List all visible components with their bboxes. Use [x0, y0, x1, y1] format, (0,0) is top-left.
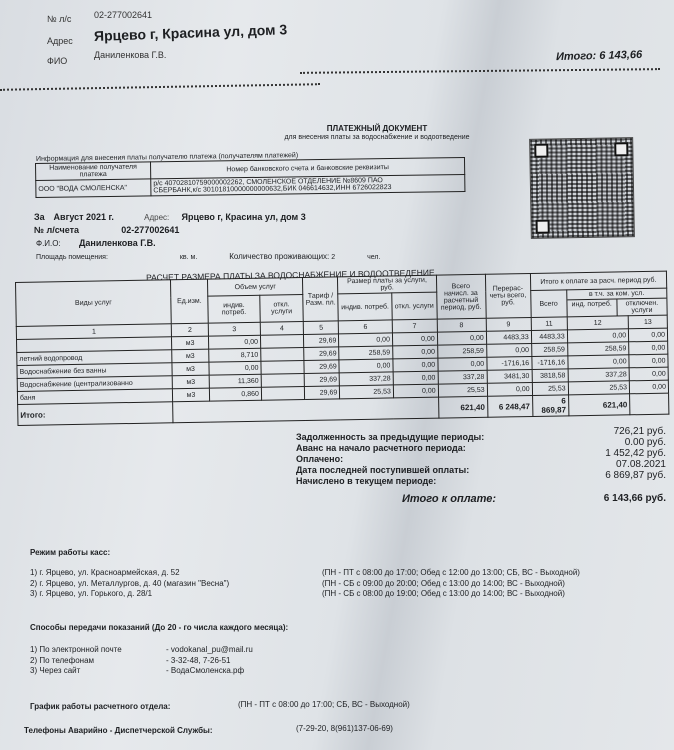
cashdesk-address: 2) г. Ярцево, ул. Металлургов, д. 40 (ма… — [30, 579, 229, 590]
cell-accrued: 258,59 — [437, 344, 486, 358]
cell-off: 0,00 — [629, 354, 668, 368]
cashdesks-heading: Режим работы касс: — [30, 548, 110, 557]
readings-heading: Способы передачи показаний (До 20 - го ч… — [30, 623, 288, 632]
cell-fee-ind: 0,00 — [339, 333, 393, 347]
payer-address-value: Ярцево г, Красина ул, дом 3 — [182, 212, 306, 222]
reading-contact: - vodokanal_pu@mail.ru — [166, 645, 253, 656]
col-service: Виды услуг — [16, 280, 172, 327]
residents-label: Количество проживающих: — [229, 252, 329, 261]
stub-name-value: Даниленкова Г.В. — [94, 50, 166, 60]
cell-vol-off — [261, 347, 305, 361]
cell-ind: 0,00 — [568, 355, 630, 369]
summary-value: 726,21 руб. — [614, 426, 666, 437]
cell-recalc: 4483,33 — [486, 331, 531, 345]
stub-name-label: ФИО — [47, 56, 67, 66]
cell-recalc: 3481,30 — [487, 369, 532, 383]
cell-unit: м3 — [171, 336, 208, 350]
summary-row: Начислено в текущем периоде:6 869,87 руб… — [296, 476, 666, 487]
cell-ind: 0,00 — [567, 329, 629, 343]
account-label: № л/счета — [34, 225, 79, 235]
cell-tariff: 29,69 — [304, 334, 339, 348]
cell-vol-ind: 0,860 — [209, 387, 261, 401]
cashdesk-hours: (ПН - СБ с 09:00 до 20:00; Обед с 13:00 … — [322, 579, 580, 590]
reading-method: 1) По электронной почте — [30, 645, 122, 656]
summary-label: Аванс на начало расчетного периода: — [296, 443, 466, 454]
cell-fee-off: 0,00 — [392, 332, 437, 346]
reading-method: 3) Через сайт — [30, 666, 122, 677]
receipt-stub: № л/с 02-277002641 Адрес Ярцево г, Краси… — [0, 0, 674, 100]
summary-row: Задолженность за предыдущие периоды:726,… — [296, 432, 666, 443]
cell-accrued: 337,28 — [438, 370, 487, 384]
column-number: 7 — [392, 319, 437, 333]
document-title: ПЛАТЕЖНЫЙ ДОКУМЕНТ — [40, 124, 674, 133]
cell-vol-ind: 8,710 — [209, 348, 261, 362]
cell-off: 0,00 — [629, 380, 668, 394]
emergency-label: Телефоны Аварийно - Диспетчерской Службы… — [24, 726, 213, 735]
cell-recalc: 0,00 — [486, 343, 531, 357]
account-row: № л/счета 02-277002641 — [34, 225, 179, 235]
cell-ind: 258,59 — [567, 342, 629, 356]
fio-row: Ф.И.О: Даниленкова Г.В. — [36, 238, 156, 248]
total-due-label: Итого к оплате: — [402, 493, 496, 504]
cashdesk-address: 1) г. Ярцево, ул. Красноармейская, д. 52 — [30, 568, 229, 579]
col-topay-total: Всего — [530, 290, 566, 318]
column-number: 3 — [208, 322, 260, 336]
cell-off: 0,00 — [629, 328, 668, 342]
reading-method: 2) По телефонам — [30, 656, 122, 667]
fio-label: Ф.И.О: — [36, 239, 61, 248]
col-vol-off: откл. услуги — [260, 294, 304, 322]
payment-summary: Задолженность за предыдущие периоды:726,… — [296, 432, 666, 504]
totals-total: 6 869,87 — [532, 395, 568, 417]
period-label: За — [34, 212, 45, 222]
cell-fee-off: 0,00 — [393, 371, 438, 385]
cashdesks-hours: (ПН - ПТ с 08:00 до 17:00; Обед с 12:00 … — [322, 568, 580, 600]
cell-unit: м3 — [172, 388, 209, 402]
cell-total: 25,53 — [532, 382, 568, 396]
column-number: 12 — [567, 316, 629, 330]
cell-off: 0,00 — [629, 367, 668, 381]
cashdesk-address: 3) г. Ярцево, ул. Горького, д. 28/1 — [30, 589, 229, 600]
cell-total: -1716,16 — [532, 356, 568, 370]
summary-row: Оплачено:1 452,42 руб. — [296, 454, 666, 465]
column-number: 4 — [260, 321, 304, 335]
cashdesk-hours: (ПН - ПТ с 08:00 до 17:00; Обед с 12:00 … — [322, 568, 580, 579]
office-label: График работы расчетного отдела: — [30, 702, 170, 711]
cell-vol-ind: 11,360 — [209, 374, 261, 388]
payer-address-label: Адрес: — [144, 213, 169, 222]
cell-total: 258,59 — [531, 343, 567, 357]
summary-value: 0.00 руб. — [625, 437, 666, 448]
recipient-name-header: Наименование получателя платежа — [36, 162, 151, 181]
qr-code-icon — [529, 137, 635, 239]
summary-value: 6 869,87 руб. — [605, 470, 666, 481]
cell-tariff: 29,69 — [304, 360, 339, 374]
cell-accrued: 0,00 — [438, 357, 487, 371]
cell-fee-ind: 337,28 — [339, 372, 393, 386]
cell-recalc: 0,00 — [487, 382, 532, 396]
summary-label: Задолженность за предыдущие периоды: — [296, 432, 484, 443]
totals-accrued: 621,40 — [438, 396, 487, 418]
cell-off: 0,00 — [629, 341, 668, 355]
cell-unit: м3 — [172, 349, 209, 363]
reading-contact: - ВодаСмоленска.рф — [166, 666, 253, 677]
col-recalc: Перерас-четы всего, руб. — [485, 274, 531, 319]
col-unit: Ед.изм. — [170, 279, 208, 324]
cell-unit: м3 — [172, 375, 209, 389]
emergency-phones: (7-29-20, 8(961)137-06-69) — [296, 724, 393, 733]
account-value: 02-277002641 — [121, 225, 179, 235]
cell-vol-ind: 0,00 — [209, 361, 261, 375]
cell-vol-off — [260, 334, 304, 348]
totals-recalc: 6 248,47 — [487, 395, 532, 417]
stub-account-label: № л/с — [47, 14, 71, 24]
summary-label: Начислено в текущем периоде: — [296, 476, 436, 487]
col-fee: Размер платы за услуги, руб. — [338, 275, 437, 294]
readings-methods: 1) По электронной почте2) По телефонам3)… — [30, 645, 122, 677]
area-unit: кв. м. — [180, 254, 197, 261]
column-number: 9 — [486, 318, 531, 332]
cell-vol-off — [261, 373, 305, 387]
total-due-row: Итого к оплате:6 143,66 руб. — [296, 493, 666, 504]
cell-recalc: -1716,16 — [487, 356, 532, 370]
cell-ind: 337,28 — [568, 368, 630, 382]
stub-address-label: Адрес — [47, 36, 73, 46]
recipient-table: Наименование получателя платежа Номер ба… — [35, 157, 465, 198]
cell-total: 3818,58 — [532, 369, 568, 383]
cell-vol-ind: 0,00 — [208, 335, 260, 349]
cell-fee-off: 0,00 — [393, 358, 438, 372]
column-number: 2 — [171, 323, 208, 337]
col-topay-ind: инд. потреб. — [567, 299, 617, 316]
stub-account-value: 02-277002641 — [94, 10, 152, 20]
cell-tariff: 29,69 — [305, 386, 340, 400]
stub-total: Итого: 6 143,66 — [556, 49, 642, 63]
cell-fee-ind: 258,59 — [339, 346, 393, 360]
cell-accrued: 25,53 — [438, 383, 487, 397]
column-number: 6 — [338, 320, 392, 334]
residents-value: 2 — [331, 254, 335, 261]
period-row: За Август 2021 г. Адрес: Ярцево г, Краси… — [34, 212, 306, 222]
cashdesks-addresses: 1) г. Ярцево, ул. Красноармейская, д. 52… — [30, 568, 229, 600]
column-number: 11 — [531, 317, 567, 331]
col-accrued: Всего начисл. за расчетный период, руб. — [436, 274, 486, 319]
summary-value: 07.08.2021 — [616, 459, 666, 470]
cell-ind: 25,53 — [568, 381, 630, 395]
column-number: 13 — [628, 315, 667, 329]
cell-accrued: 0,00 — [437, 331, 486, 345]
office-hours: (ПН - ПТ с 08:00 до 17:00; СБ, ВС - Выхо… — [238, 700, 410, 709]
cell-vol-off — [261, 360, 305, 374]
cell-unit: м3 — [172, 362, 209, 376]
col-fee-off: откл. услуги — [392, 292, 437, 320]
reading-contact: - 3-32-48, 7-26-51 — [166, 656, 253, 667]
cell-tariff: 29,69 — [304, 373, 339, 387]
cell-tariff: 29,69 — [304, 347, 339, 361]
cell-fee-ind: 25,53 — [340, 385, 394, 399]
cell-total: 4483,33 — [531, 330, 567, 344]
column-number: 5 — [303, 321, 338, 335]
col-volume: Объем услуг — [207, 277, 303, 296]
col-topay-off: отключен. услуги — [617, 299, 666, 316]
cell-fee-off: 0,00 — [393, 345, 438, 359]
summary-value: 1 452,42 руб. — [605, 448, 666, 459]
total-due-value: 6 143,66 руб. — [604, 493, 666, 504]
cell-fee-off: 0,00 — [393, 384, 438, 398]
col-vol-ind: индив. потреб. — [208, 295, 260, 323]
totals-ind: 621,40 — [568, 394, 630, 416]
fio-value: Даниленкова Г.В. — [79, 238, 156, 248]
stub-address-value: Ярцево г, Красина ул, дом 3 — [94, 21, 288, 44]
readings-values: - vodokanal_pu@mail.ru- 3-32-48, 7-26-51… — [166, 645, 253, 677]
cashdesk-hours: (ПН - СБ с 08:00 до 19:00; Обед с 13:00 … — [322, 589, 580, 600]
calc-table: Виды услуг Ед.изм. Объем услуг Тариф / Р… — [15, 271, 669, 426]
col-fee-ind: индив. потреб. — [338, 293, 392, 321]
area-row: Площадь помещения: кв. м. Количество про… — [36, 252, 380, 261]
cell-vol-off — [261, 386, 305, 400]
summary-label: Дата последней поступившей оплаты: — [296, 465, 469, 476]
period-value: Август 2021 г. — [54, 212, 114, 222]
column-number: 8 — [437, 318, 486, 332]
area-label: Площадь помещения: — [36, 254, 108, 261]
totals-label: Итого: — [18, 402, 173, 426]
col-tariff: Тариф / Разм. пл. — [303, 277, 339, 322]
cell-fee-ind: 0,00 — [339, 359, 393, 373]
residents-unit: чел. — [367, 254, 380, 261]
recipient-name: ООО "ВОДА СМОЛЕНСКА" — [36, 179, 151, 198]
summary-label: Оплачено: — [296, 454, 343, 465]
